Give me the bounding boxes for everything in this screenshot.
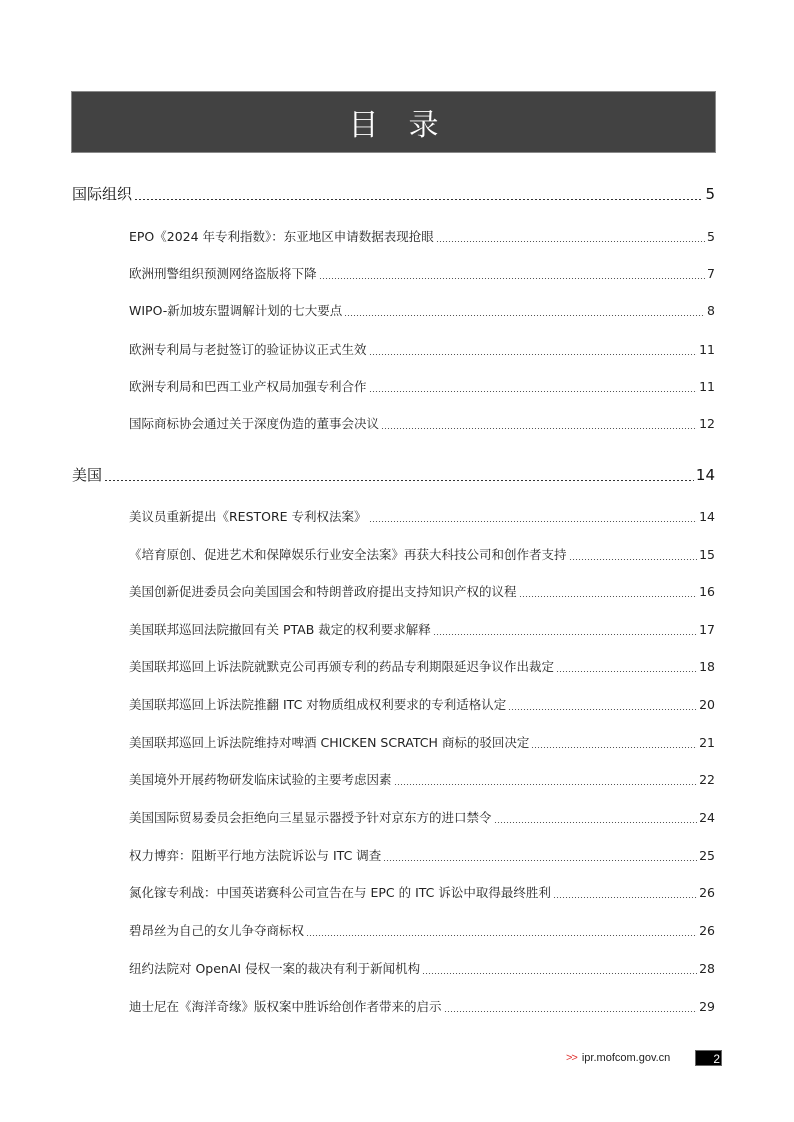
toc-entry-title[interactable]: 国际商标协会通过关于深度伪造的董事会决议 xyxy=(129,414,379,432)
toc-page-number[interactable]: 28 xyxy=(699,961,715,976)
toc-entry-title[interactable]: 权力博弈：阻断平行地方法院诉讼与 ITC 调查 xyxy=(129,846,381,864)
toc-entry-row[interactable]: 美国联邦巡回上诉法院维持对啤酒 CHICKEN SCRATCH 商标的驳回决定2… xyxy=(129,733,715,751)
toc-entry-row[interactable]: 迪士尼在《海洋奇缘》版权案中胜诉给创作者带来的启示29 xyxy=(129,997,715,1015)
toc-title-bar: 目录 xyxy=(71,91,716,153)
toc-page-number[interactable]: 5 xyxy=(705,185,715,203)
toc-entry-title[interactable]: 美国境外开展药物研发临床试验的主要考虑因素 xyxy=(129,770,392,788)
toc-page-number[interactable]: 21 xyxy=(699,735,715,750)
dot-leader xyxy=(553,897,697,898)
dot-leader xyxy=(422,973,697,974)
dot-leader xyxy=(436,241,705,242)
toc-entry-row[interactable]: WIPO-新加坡东盟调解计划的七大要点8 xyxy=(129,301,715,319)
chevron-right-icon: >> xyxy=(566,1052,577,1064)
dot-leader xyxy=(319,278,706,279)
toc-page-number[interactable]: 11 xyxy=(699,342,715,357)
dot-leader xyxy=(444,1011,698,1012)
dot-leader xyxy=(531,747,697,748)
toc-page-number[interactable]: 14 xyxy=(696,466,715,484)
toc-entry-title[interactable]: 纽约法院对 OpenAI 侵权一案的裁决有利于新闻机构 xyxy=(129,959,420,977)
dot-leader xyxy=(569,559,698,560)
toc-entry-row[interactable]: 美国联邦巡回上诉法院推翻 ITC 对物质组成权利要求的专利适格认定20 xyxy=(129,695,715,713)
toc-entry-title[interactable]: 美国国际贸易委员会拒绝向三星显示器授予针对京东方的进口禁令 xyxy=(129,808,492,826)
dot-leader xyxy=(381,428,697,429)
dot-leader xyxy=(369,521,698,522)
page-title: 目录 xyxy=(319,100,469,144)
toc-entry-title[interactable]: 美国联邦巡回法院撤回有关 PTAB 裁定的权利要求解释 xyxy=(129,620,431,638)
toc-entry-title[interactable]: 碧昂丝为自己的女儿争夺商标权 xyxy=(129,921,304,939)
toc-page-number[interactable]: 8 xyxy=(707,303,715,318)
dot-leader xyxy=(344,315,705,316)
toc-page-number[interactable]: 14 xyxy=(699,509,715,524)
dot-leader xyxy=(519,596,698,597)
toc-page-number[interactable]: 17 xyxy=(699,622,715,637)
toc-entry-row[interactable]: 欧洲专利局与老挝签订的验证协议正式生效11 xyxy=(129,340,715,358)
toc-page-number[interactable]: 11 xyxy=(699,379,715,394)
toc-entry-title[interactable]: 欧洲专利局和巴西工业产权局加强专利合作 xyxy=(129,377,367,395)
toc-page-number[interactable]: 16 xyxy=(699,584,715,599)
toc-entry-row[interactable]: EPO《2024 年专利指数》：东亚地区申请数据表现抢眼5 xyxy=(129,227,715,245)
toc-entry-row[interactable]: 美国联邦巡回上诉法院就默克公司再颁专利的药品专利期限延迟争议作出裁定18 xyxy=(129,657,715,675)
toc-entry-title[interactable]: 欧洲刑警组织预测网络盗版将下降 xyxy=(129,264,317,282)
toc-entry-title[interactable]: 美议员重新提出《RESTORE 专利权法案》 xyxy=(129,507,367,525)
toc-entry-title[interactable]: 《培育原创、促进艺术和保障娱乐行业安全法案》再获大科技公司和创作者支持 xyxy=(129,545,567,563)
toc-section-title[interactable]: 美国 xyxy=(72,464,102,485)
toc-page-number[interactable]: 18 xyxy=(699,659,715,674)
toc-entry-row[interactable]: 《培育原创、促进艺术和保障娱乐行业安全法案》再获大科技公司和创作者支持15 xyxy=(129,545,715,563)
dot-leader xyxy=(369,391,698,392)
toc-entry-title[interactable]: 美国创新促进委员会向美国国会和特朗普政府提出支持知识产权的议程 xyxy=(129,582,517,600)
toc-section-title[interactable]: 国际组织 xyxy=(72,183,132,204)
toc-page-number[interactable]: 22 xyxy=(699,772,715,787)
dot-leader xyxy=(433,634,697,635)
toc-entry-row[interactable]: 美国创新促进委员会向美国国会和特朗普政府提出支持知识产权的议程16 xyxy=(129,582,715,600)
toc-entry-row[interactable]: 碧昂丝为自己的女儿争夺商标权26 xyxy=(129,921,715,939)
toc-page-number[interactable]: 5 xyxy=(707,229,715,244)
toc-section-row[interactable]: 国际组织5 xyxy=(72,183,715,204)
toc-page-number[interactable]: 7 xyxy=(707,266,715,281)
toc-entry-row[interactable]: 权力博弈：阻断平行地方法院诉讼与 ITC 调查25 xyxy=(129,846,715,864)
toc-entry-title[interactable]: EPO《2024 年专利指数》：东亚地区申请数据表现抢眼 xyxy=(129,227,434,245)
toc-entry-title[interactable]: 美国联邦巡回上诉法院推翻 ITC 对物质组成权利要求的专利适格认定 xyxy=(129,695,506,713)
toc-entry-row[interactable]: 美议员重新提出《RESTORE 专利权法案》14 xyxy=(129,507,715,525)
toc-page-number[interactable]: 25 xyxy=(699,848,715,863)
page-number: 2 xyxy=(695,1050,722,1066)
dot-leader xyxy=(383,860,697,861)
toc-entry-row[interactable]: 美国境外开展药物研发临床试验的主要考虑因素22 xyxy=(129,770,715,788)
toc-page-number[interactable]: 12 xyxy=(699,416,715,431)
toc-entry-row[interactable]: 美国联邦巡回法院撤回有关 PTAB 裁定的权利要求解释17 xyxy=(129,620,715,638)
toc-page-number[interactable]: 26 xyxy=(699,885,715,900)
toc-entry-title[interactable]: 美国联邦巡回上诉法院维持对啤酒 CHICKEN SCRATCH 商标的驳回决定 xyxy=(129,733,529,751)
toc-entry-title[interactable]: 美国联邦巡回上诉法院就默克公司再颁专利的药品专利期限延迟争议作出裁定 xyxy=(129,657,554,675)
dot-leader xyxy=(306,935,697,936)
toc-entry-row[interactable]: 国际商标协会通过关于深度伪造的董事会决议12 xyxy=(129,414,715,432)
toc-page-number[interactable]: 24 xyxy=(699,810,715,825)
dot-leader xyxy=(508,709,697,710)
dot-leader xyxy=(394,784,698,785)
toc-entry-row[interactable]: 纽约法院对 OpenAI 侵权一案的裁决有利于新闻机构28 xyxy=(129,959,715,977)
toc-section-row[interactable]: 美国14 xyxy=(72,464,715,485)
dot-leader xyxy=(494,822,698,823)
toc-entry-title[interactable]: 氮化镓专利战：中国英诺赛科公司宣告在与 EPC 的 ITC 诉讼中取得最终胜利 xyxy=(129,883,551,901)
site-url[interactable]: ipr.mofcom.gov.cn xyxy=(582,1052,670,1064)
toc-entry-row[interactable]: 欧洲刑警组织预测网络盗版将下降7 xyxy=(129,264,715,282)
toc-entry-title[interactable]: WIPO-新加坡东盟调解计划的七大要点 xyxy=(129,301,342,319)
dot-leader xyxy=(369,354,698,355)
toc-page-number[interactable]: 29 xyxy=(699,999,715,1014)
dot-leader xyxy=(104,480,694,481)
toc-entry-row[interactable]: 氮化镓专利战：中国英诺赛科公司宣告在与 EPC 的 ITC 诉讼中取得最终胜利2… xyxy=(129,883,715,901)
dot-leader xyxy=(556,671,697,672)
toc-page-number[interactable]: 15 xyxy=(699,547,715,562)
footer: >> ipr.mofcom.gov.cn xyxy=(566,1049,670,1067)
toc-entry-title[interactable]: 欧洲专利局与老挝签订的验证协议正式生效 xyxy=(129,340,367,358)
toc-page-number[interactable]: 26 xyxy=(699,923,715,938)
toc-entry-row[interactable]: 欧洲专利局和巴西工业产权局加强专利合作11 xyxy=(129,377,715,395)
toc-page-number[interactable]: 20 xyxy=(699,697,715,712)
dot-leader xyxy=(134,199,703,200)
toc-entry-title[interactable]: 迪士尼在《海洋奇缘》版权案中胜诉给创作者带来的启示 xyxy=(129,997,442,1015)
toc-entry-row[interactable]: 美国国际贸易委员会拒绝向三星显示器授予针对京东方的进口禁令24 xyxy=(129,808,715,826)
